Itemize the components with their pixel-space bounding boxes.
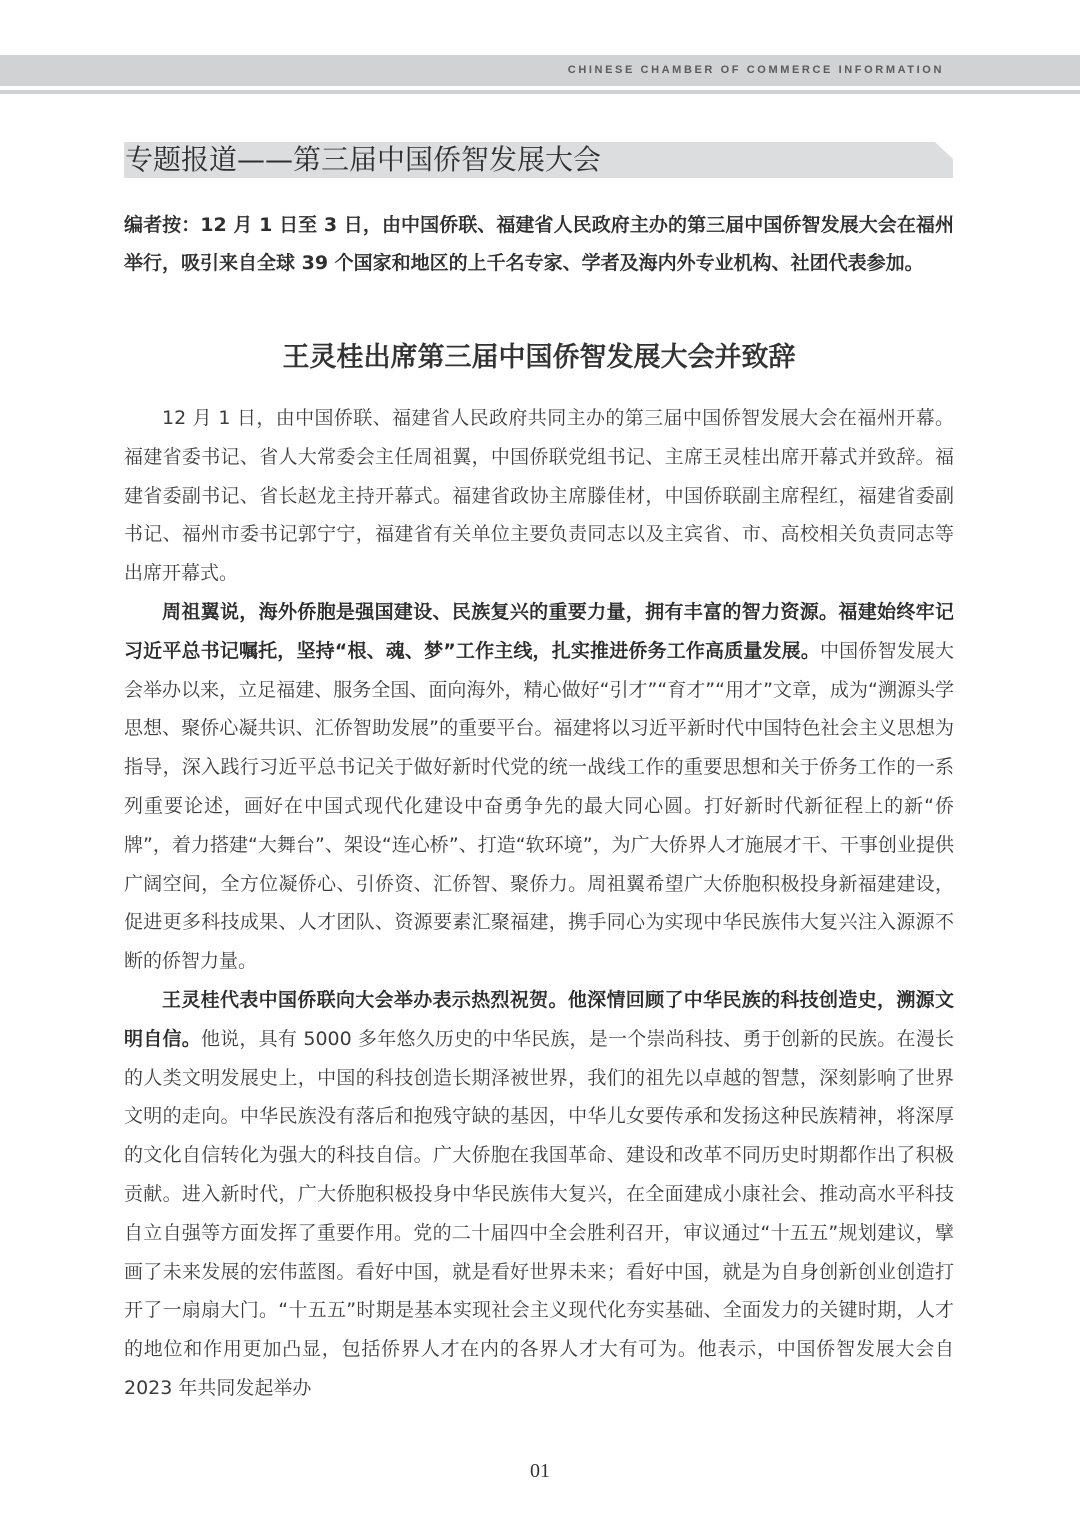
article-paragraph: 周祖翼说，海外侨胞是强国建设、民族复兴的重要力量，拥有丰富的智力资源。福建始终牢… — [124, 593, 954, 981]
paragraph-text: 12 月 1 日，由中国侨联、福建省人民政府共同主办的第三届中国侨智发展大会在福… — [124, 407, 954, 584]
paragraph-text: 他说，具有 5000 多年悠久历史的中华民族，是一个崇尚科技、勇于创新的民族。在… — [124, 1028, 954, 1399]
section-title: 专题报道——第三届中国侨智发展大会 — [125, 143, 601, 177]
article-body: 12 月 1 日，由中国侨联、福建省人民政府共同主办的第三届中国侨智发展大会在福… — [124, 399, 954, 1408]
editor-note: 编者按：12 月 1 日至 3 日，由中国侨联、福建省人民政府主办的第三届中国侨… — [124, 206, 954, 282]
article-title: 王灵桂出席第三届中国侨智发展大会并致辞 — [124, 338, 954, 378]
page-number: 01 — [0, 1460, 1080, 1483]
paragraph-text: 中国侨智发展大会举办以来，立足福建、服务全国、面向海外，精心做好“引才”“育才”… — [124, 640, 954, 972]
header-divider — [0, 90, 1080, 94]
article-paragraph: 王灵桂代表中国侨联向大会举办表示热烈祝贺。他深情回顾了中华民族的科技创造史，溯源… — [124, 981, 954, 1408]
publication-name: CHINESE CHAMBER OF COMMERCE INFORMATION — [568, 64, 944, 76]
section-title-bar: 专题报道——第三届中国侨智发展大会 — [124, 142, 953, 178]
article-paragraph: 12 月 1 日，由中国侨联、福建省人民政府共同主办的第三届中国侨智发展大会在福… — [124, 399, 954, 593]
publication-header-band: CHINESE CHAMBER OF COMMERCE INFORMATION — [0, 55, 1080, 86]
